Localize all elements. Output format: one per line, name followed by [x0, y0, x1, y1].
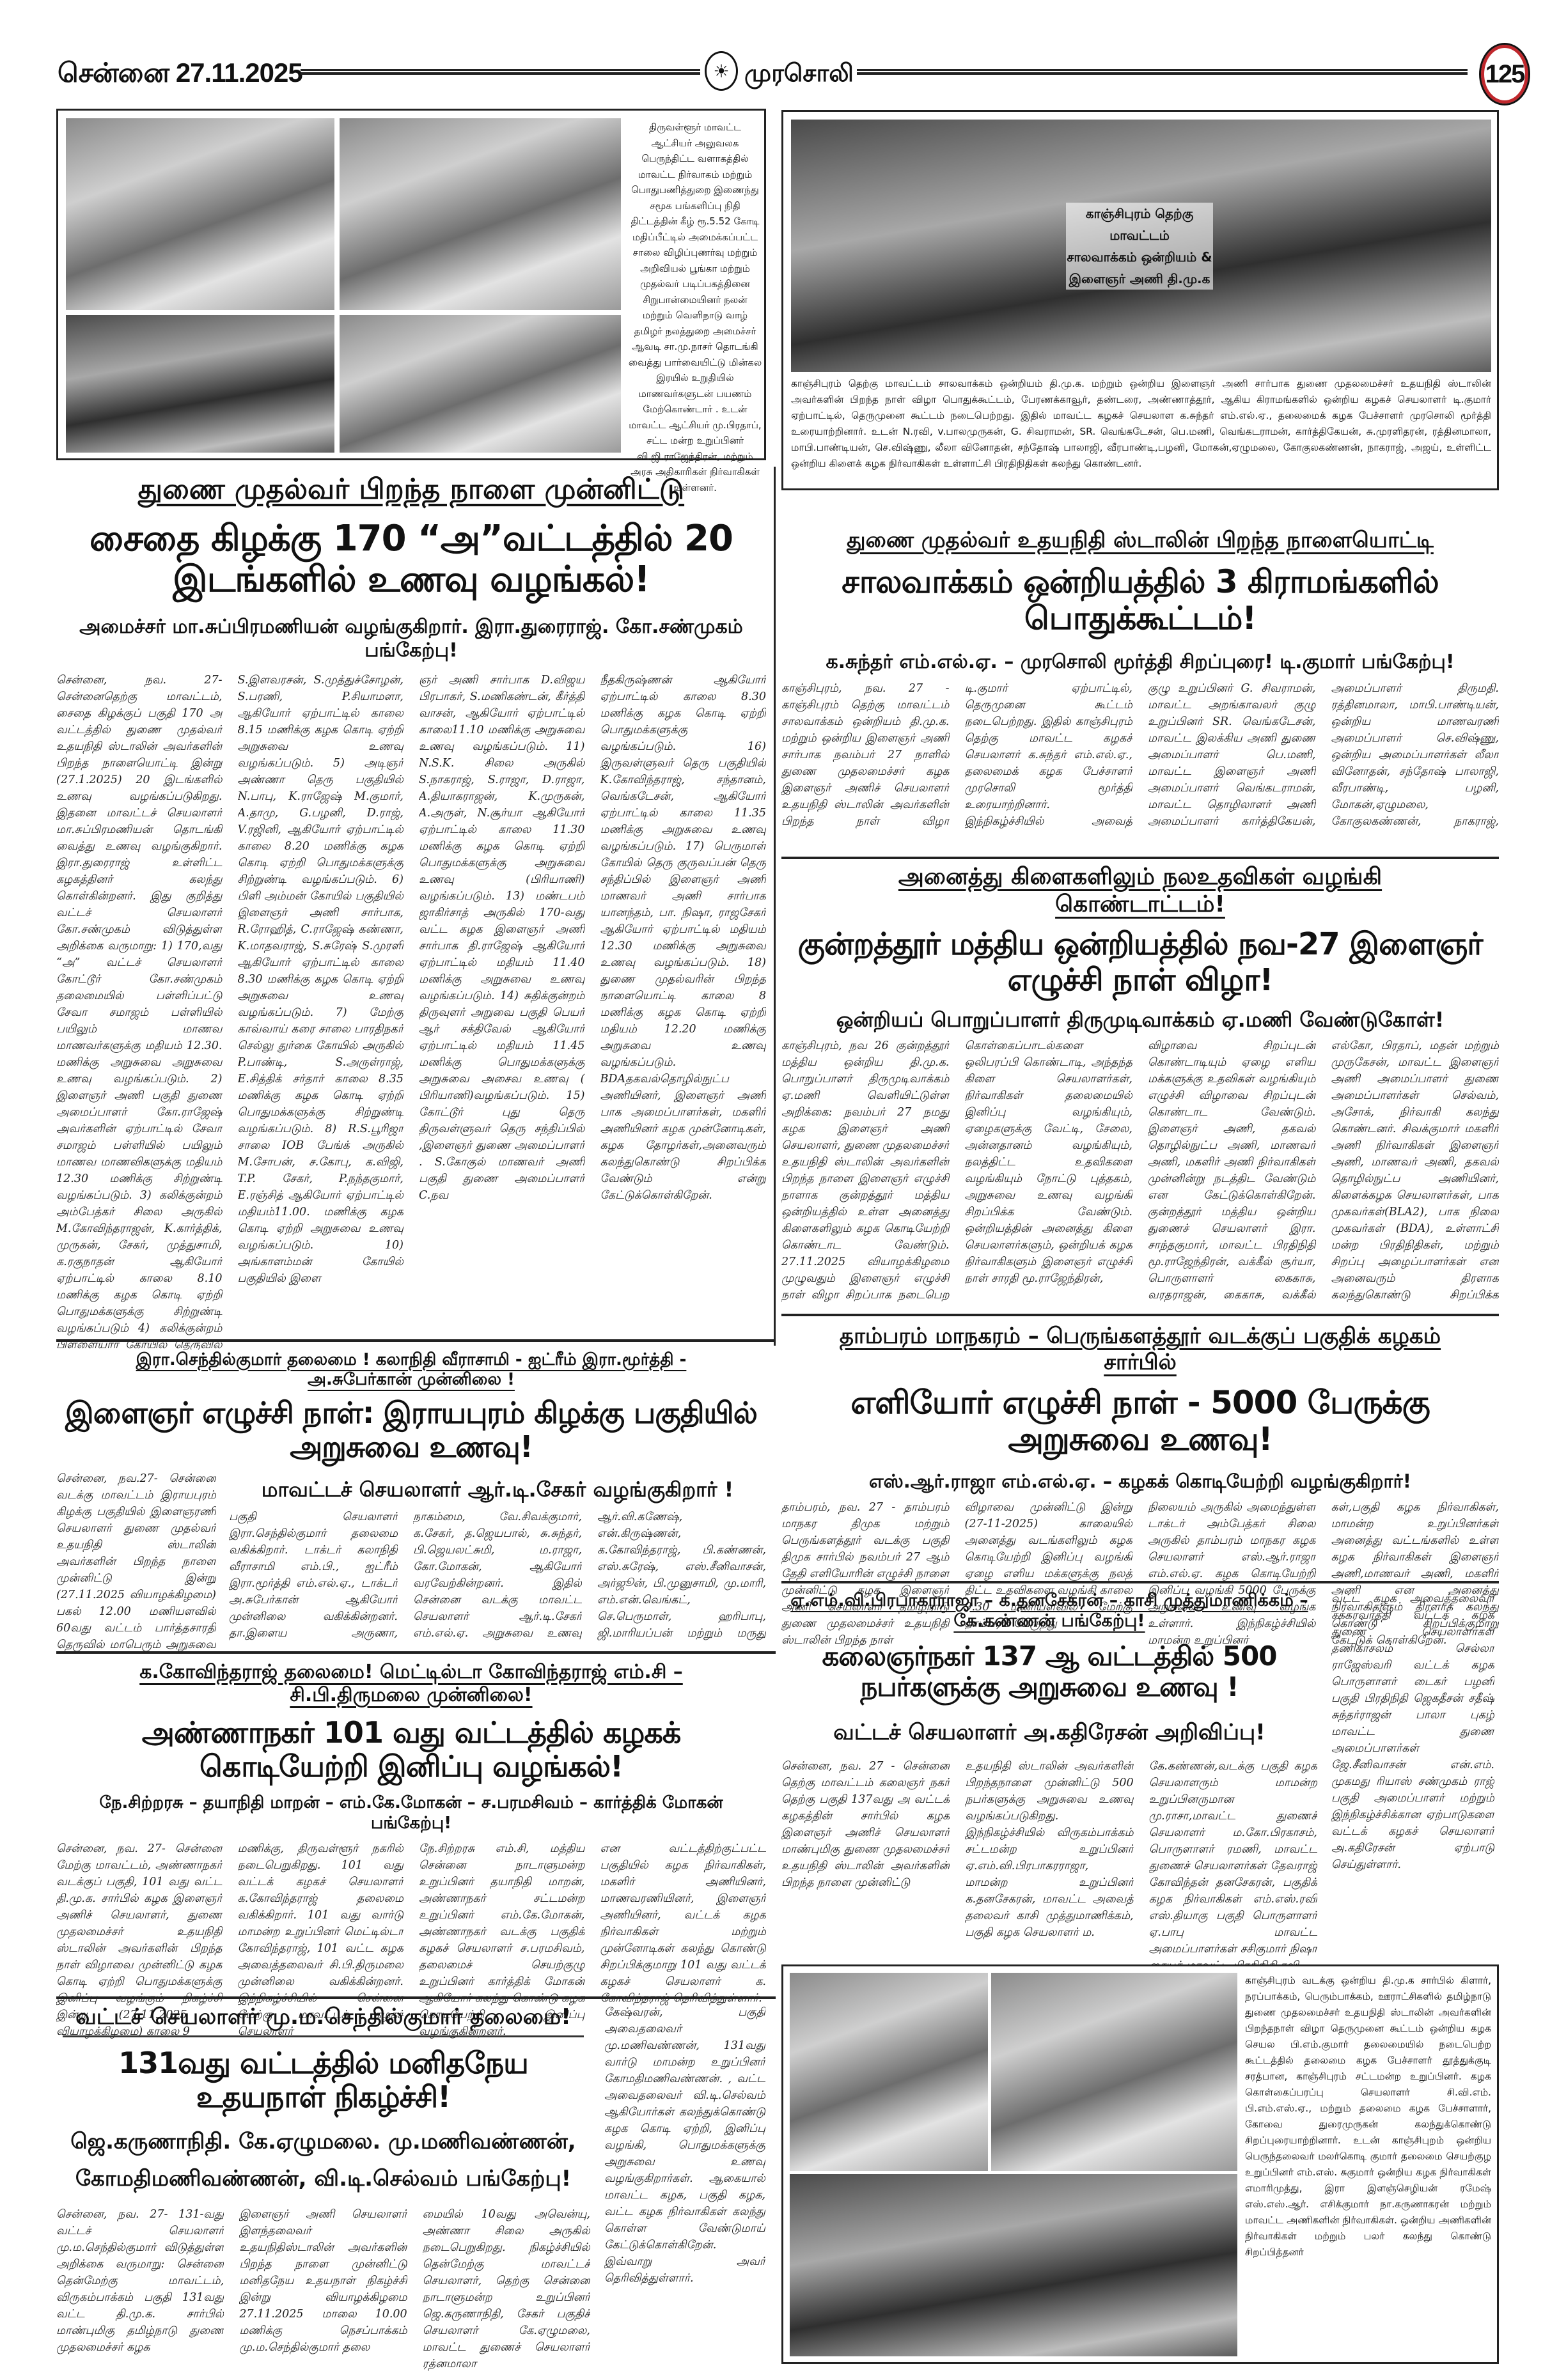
article-column: காஞ்சிபுரம், நவ. 27 - காஞ்சிபுரம் தெற்கு… — [781, 680, 950, 830]
article-headline: கலைஞர்நகர் 137 ஆ வட்டத்தில் 500 நபர்களுக… — [781, 1641, 1317, 1703]
article-subhead: மாவட்டச் செயலாளர் ஆர்.டி.சேகர் வழங்குகிற… — [229, 1477, 766, 1502]
article-salavakkam: துணை முதல்வர் உதயநிதி ஸ்டாலின் பிறந்த நா… — [781, 527, 1499, 830]
article-kicker: அனைத்து கிளைகளிலும் நலஉதவிகள் வழங்கி கொண… — [781, 863, 1499, 918]
article-headline: அண்ணாநகர் 101 வது வட்டத்தில் கழகக் கொடிய… — [56, 1716, 766, 1784]
article-royapuram: இரா.செந்தில்குமார் தலைமை ! கலாநிதி வீராச… — [56, 1350, 766, 1656]
article-annanagar: க.கோவிந்தராஜ் தலைமை! மெட்டில்டா கோவிந்தர… — [56, 1661, 766, 2039]
article-body: சென்னை, நவ. 27- 131-வது வட்டச் செயலாளர் … — [56, 2206, 590, 2372]
article-column: அமைப்பாளர் திருமதி. ரத்தினமாலா, மாபி.பாண… — [1331, 680, 1500, 830]
photo-box-tiruvallur: திருவள்ளூர் மாவட்ட ஆட்சியர் அலுவலக பெருந… — [56, 109, 766, 460]
photo-box-kanchipuram-north: காஞ்சிபுரம் வடக்கு ஒன்றிய தி.மு.க சார்பி… — [781, 1964, 1499, 2364]
article-kicker: வட்டச் செயலாளர் மு.ம.செந்தில்குமார் தலைம… — [56, 2004, 590, 2030]
article-column: சென்னை, நவ. 27 - சென்னை தெற்கு மாவட்டம் … — [781, 1758, 950, 1972]
article-body: காஞ்சிபுரம், நவ. 27 - காஞ்சிபுரம் தெற்கு… — [781, 680, 1499, 830]
article-subhead: ஒன்றியப் பொறுப்பாளர் திருமுடிவாக்கம் ஏ.ம… — [781, 1007, 1499, 1032]
column-divider — [774, 467, 776, 1346]
article-kicker: துணை முதல்வர் பிறந்த நாளை முன்னிட்டு — [56, 473, 766, 507]
banner-line: இளைஞர் அணி தி.மு.க — [1066, 268, 1213, 290]
photo-salavakkam-meeting: காஞ்சிபுரம் தெற்கு மாவட்டம் சாலவாக்கம் ஒ… — [791, 120, 1491, 372]
banner-line: காஞ்சிபுரம் தெற்கு மாவட்டம் — [1066, 203, 1213, 246]
stage-banner: காஞ்சிபுரம் தெற்கு மாவட்டம் சாலவாக்கம் ஒ… — [1066, 203, 1213, 290]
article-saidai: துணை முதல்வர் பிறந்த நாளை முன்னிட்டு சைத… — [56, 473, 766, 1349]
article-subhead: நே.சிற்றரசு – தயாநிதி மாறன் – எம்.கே.மோக… — [56, 1793, 766, 1834]
article-column: சென்னை, நவ. 27- 131-வது வட்டச் செயலாளர் … — [56, 2206, 224, 2372]
article-layout: வட்டச் செயலாளர் மு.ம.செந்தில்குமார் தலைம… — [56, 2004, 766, 2372]
article-column: ஞர் அணி சார்பாக D.விஜய பிரபாகர், S.மணிகண… — [419, 672, 585, 1349]
article-headline: குன்றத்தூர் மத்திய ஒன்றியத்தில் நவ-27 இள… — [781, 927, 1499, 997]
article-kalaignar-nagar: ஏ.எம்.வி.பிரபாகரராஜா – க.தனசேகரன் – காசி… — [781, 1591, 1499, 1972]
issue-date: சென்னை 27.11.2025 — [58, 58, 302, 92]
article-column: மையில் 10வது அவென்யு, அண்ணா சிலை அருகில்… — [423, 2206, 590, 2372]
divider — [56, 1339, 776, 1342]
rising-sun-emblem-icon: ☀ — [705, 51, 738, 91]
divider — [56, 1996, 776, 1999]
article-column: விழாவை சிறப்புடன் கொண்டாடியும் ஏழை எளிய … — [1148, 1038, 1316, 1306]
article-column: நீதகிருஷ்ணன் ஆகியோர் ஏற்பாட்டில் காலை 8.… — [600, 672, 767, 1349]
article-column: S.இளவரசன், S.முத்துச்சோழன், S.பரணி, P.சி… — [238, 672, 404, 1349]
article-column: பகுதி செயலாளர் இரா.செந்தில்குமார் தலைமை … — [229, 1509, 398, 1643]
masthead-rule-right — [857, 69, 1468, 75]
article-column: ஆர்.வி.கணேஷ், என்.கிருஷ்ணன், க.கோவிந்தரா… — [597, 1509, 766, 1643]
article-ward131: வட்டச் செயலாளர் மு.ம.செந்தில்குமார் தலைம… — [56, 2004, 766, 2372]
article-kicker: ஏ.எம்.வி.பிரபாகரராஜா – க.தனசேகரன் – காசி… — [781, 1591, 1317, 1632]
photo-caption: திருவள்ளூர் மாவட்ட ஆட்சியர் அலுவலக பெருந… — [627, 120, 763, 495]
photo-caption: காஞ்சிபுரம் தெற்கு மாவட்டம் சாலவாக்கம் ஒ… — [791, 376, 1491, 472]
article-kicker: க.கோவிந்தராஜ் தலைமை! மெட்டில்டா கோவிந்தர… — [56, 1661, 766, 1707]
article-column: காஞ்சிபுரம், நவ 26 குன்றத்தூர் மத்திய ஒன… — [781, 1038, 950, 1306]
article-kicker: தாம்பரம் மாநகரம் – பெருங்களத்தூர் வடக்கு… — [781, 1323, 1499, 1376]
article-body: காஞ்சிபுரம், நவ 26 குன்றத்தூர் மத்திய ஒன… — [781, 1038, 1499, 1306]
article-kicker: துணை முதல்வர் உதயநிதி ஸ்டாலின் பிறந்த நா… — [781, 527, 1499, 554]
article-column: குழு உறுப்பினர் G. சிவராமன், மாவட்ட அறங்… — [1148, 680, 1316, 830]
article-headline: எளியோர் எழுச்சி நாள் - 5000 பேருக்கு அறு… — [781, 1385, 1499, 1458]
article-body: பகுதி செயலாளர் இரா.செந்தில்குமார் தலைமை … — [229, 1509, 766, 1643]
photo-train-ride — [66, 315, 334, 453]
article-column: கொள்கைப்பாடல்களை ஒலிபரப்பி கொண்டாடி, அந்… — [965, 1038, 1133, 1306]
photo-speaker — [790, 1973, 988, 2171]
article-body-wrap: சென்னை, நவ.27- சென்னை வடக்கு மாவட்டம் இர… — [56, 1470, 766, 1656]
article-subhead: அமைச்சர் மா.சுப்பிரமணியன் வழங்குகிறார். … — [56, 615, 766, 663]
masthead: சென்னை 27.11.2025 ☀ முரசொலி 125 — [58, 58, 1528, 109]
article-column: எல்கோ, பிரதாப், மதன் மற்றும் முருகேசன், … — [1331, 1038, 1500, 1306]
article-body: சென்னை, நவ. 27 - சென்னை தெற்கு மாவட்டம் … — [781, 1758, 1317, 1972]
divider — [781, 857, 1499, 859]
article-body: சென்னை, நவ. 27- சென்னைதெற்கு மாவட்டம், ச… — [56, 672, 766, 1349]
article-column: கே.கண்ணன்,வடக்கு பகுதி கழக செயலாளரும் மா… — [1149, 1758, 1317, 1972]
banner-line: சாலவாக்கம் ஒன்றியம் & — [1066, 246, 1213, 268]
article-headline: சைதை கிழக்கு 170 “அ”வட்டத்தில் 20 இடங்கள… — [56, 518, 766, 601]
article-headline: 131வது வட்டத்தில் மனிதநேய உதயநாள் நிகழ்ச… — [56, 2046, 590, 2114]
article-column: டி.குமார் ஏற்பாட்டில், தெருமுனை கூட்டம் … — [965, 680, 1133, 830]
article-lead: சென்னை, நவ.27- சென்னை வடக்கு மாவட்டம் இர… — [56, 1470, 216, 1656]
photo-park-structure — [340, 118, 621, 310]
article-subhead: ஜெ.கருணாநிதி. கே.ஏழுமலை. மு.மணிவண்ணன், க… — [56, 2123, 590, 2197]
photo-caption: காஞ்சிபுரம் வடக்கு ஒன்றிய தி.மு.க சார்பி… — [1245, 1973, 1491, 2260]
photo-railway-platform — [340, 315, 621, 453]
article-kunrathur: அனைத்து கிளைகளிலும் நலஉதவிகள் வழங்கி கொண… — [781, 863, 1499, 1306]
masthead-rule-left — [301, 69, 700, 75]
photo-stage-guests — [991, 1973, 1237, 2171]
photo-audience — [790, 2174, 1237, 2356]
article-kicker: இரா.செந்தில்குமார் தலைமை ! கலாநிதி வீராச… — [56, 1350, 766, 1390]
article-column: இளைஞர் அணி செயலாளர் இளந்தலைவர் உதயநிதிஸ்… — [239, 2206, 407, 2372]
article-main: வட்டச் செயலாளர் மு.ம.செந்தில்குமார் தலைம… — [56, 2004, 590, 2372]
publication-name: முரசொலி — [744, 59, 854, 91]
article-main: ஏ.எம்.வி.பிரபாகரராஜா – க.தனசேகரன் – காசி… — [781, 1591, 1317, 1972]
article-subhead: எஸ்.ஆர்.ராஜா எம்.எல்.ஏ. – கழகக் கொடியேற்… — [781, 1470, 1499, 1493]
article-column: உதயநிதி ஸ்டாலின் அவர்களின் பிறந்தநாளை மு… — [965, 1758, 1133, 1972]
article-column: நாகம்மை, வே.சிவக்குமார், க.சேகர், த.ஜெயப… — [413, 1509, 582, 1643]
article-layout: ஏ.எம்.வி.பிரபாகரராஜா – க.தனசேகரன் – காசி… — [781, 1591, 1499, 1972]
article-column: வட்ட கழக அவைத்தலைவர் சக்கரவர்த்தி வட்டக்… — [1331, 1591, 1494, 1968]
page-number-badge: 125 — [1481, 45, 1528, 104]
article-subhead: வட்டச் செயலாளர் அ.கதிரேசன் அறிவிப்பு! — [781, 1719, 1317, 1746]
kicker-underline — [63, 2035, 584, 2037]
photo-box-salavakkam: காஞ்சிபுரம் தெற்கு மாவட்டம் சாலவாக்கம் ஒ… — [781, 110, 1499, 490]
divider — [56, 1651, 776, 1654]
divider — [781, 1581, 1499, 1583]
article-column: கேஷ்வரன், பகுதி அவைதலைவர் மு.மணிவண்ணன், … — [604, 2004, 765, 2362]
article-headline: இளைஞர் எழுச்சி நாள்: இராயபுரம் கிழக்கு ப… — [56, 1396, 766, 1464]
article-column: சென்னை, நவ. 27- சென்னைதெற்கு மாவட்டம், ச… — [56, 672, 223, 1349]
article-headline: சாலவாக்கம் ஒன்றியத்தில் 3 கிராமங்களில் ப… — [781, 564, 1499, 637]
photo-minister-park — [66, 118, 334, 310]
divider — [781, 1314, 1499, 1316]
article-subhead: க.சுந்தர் எம்.எல்.ஏ. – முரசொலி மூர்த்தி … — [781, 650, 1499, 674]
article-right: மாவட்டச் செயலாளர் ஆர்.டி.சேகர் வழங்குகிற… — [229, 1470, 766, 1656]
